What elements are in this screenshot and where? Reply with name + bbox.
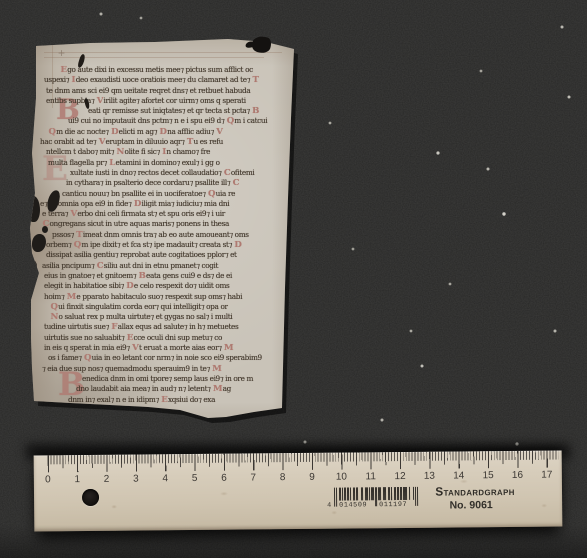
text-segment: uia in eo letant cor nrm⁊ in noie sco ei… [92, 353, 262, 362]
text-segment: cce oculi dni sup metu⁊ co [133, 333, 222, 342]
rubric-initial: Q [48, 127, 56, 137]
text-segment: e pparato habitaculo suo⁊ respexit sup o… [76, 292, 242, 301]
ruler-number-9: 9 [309, 472, 315, 483]
rubric-initial: V [132, 343, 139, 353]
rubric-initial: M [212, 364, 222, 374]
rubric-initial: D [159, 127, 167, 137]
ruler-number-12: 12 [394, 471, 405, 482]
brand-label: Standardgraph [392, 484, 559, 500]
text-segment: ui9 cui no imputauit dns pctm⁊ n e i spu… [68, 116, 226, 125]
ruler-number-13: 13 [424, 471, 435, 482]
text-line: uirtutis sue no saluabit⁊ Ecce oculi dni… [40, 333, 292, 343]
rubric-initial: N [50, 312, 59, 322]
text-segment: erbo dni celi firmata st⁊ et spu oris ei… [77, 209, 225, 218]
ruler-number-0: 0 [45, 474, 51, 485]
ruler-number-5: 5 [192, 473, 198, 484]
rubric-initial: C [96, 261, 104, 271]
text-segment: allax equs ad salute⁊ in h⁊ metuetes [118, 322, 239, 331]
rubric-initial: B [252, 106, 260, 116]
text-segment: eius in gnatoe⁊ et gnitoem⁊ [44, 271, 138, 280]
text-segment: elegit in habitatioe sibi⁊ [44, 281, 126, 290]
barcode-bar [385, 487, 386, 500]
manuscript-text: Ego aute dixi in excessu metis mee⁊ pict… [40, 65, 292, 405]
ruling-cross-mark: + [58, 48, 69, 59]
text-line: dno laudabit aia mea⁊ in aud⁊ n⁊ letent⁊… [40, 384, 292, 394]
text-line: eati qr remisse sut iniqtates⁊ et qr tec… [40, 106, 292, 116]
ruler: 01234567891011121314151617 4 014509 0111… [34, 450, 563, 531]
rubric-initial: Q [208, 189, 216, 199]
rubric-initial: Q [84, 353, 92, 363]
text-segment: xqsiui do⁊ exa [168, 395, 215, 404]
ruler-number-2: 2 [104, 474, 110, 485]
text-segment: tudine uirtutis sue⁊ [44, 322, 111, 331]
text-segment: ui finxit singulatim corda eor⁊ qui inte… [58, 302, 228, 311]
barcode-bar [350, 487, 351, 500]
text-segment: deo exaudisti uoce oratiois mee⁊ du clam… [76, 75, 252, 84]
text-segment: e terra⁊ [42, 209, 70, 218]
text-line: tudine uirtutis sue⁊ Fallax equs ad salu… [40, 322, 292, 332]
photo-scene: + BEB Ego aute dixi in excessu metis mee… [0, 0, 587, 558]
text-segment: multa flagella pr⁊ [48, 158, 109, 167]
rubric-initial: V [216, 127, 223, 137]
text-segment: orbem⁊ [46, 240, 73, 249]
text-segment: dno laudabit aia mea⁊ in aud⁊ n⁊ letent⁊ [76, 384, 212, 393]
rubric-initial: T [76, 230, 83, 240]
text-line: canticu nouu⁊ bn psallite ei in uocifera… [40, 189, 292, 199]
text-segment: te dnm ams sci ei9 qm ueitate reqret dns… [46, 86, 250, 95]
text-segment: ofitemi [231, 168, 254, 177]
rubric-initial: M [223, 343, 233, 353]
text-segment: ntellcm t dabo⁊ mit⁊ [46, 147, 116, 156]
text-line: Congregans sicut in utre aquas maris⁊ po… [40, 219, 292, 229]
rubric-initial: D [126, 281, 134, 291]
dust-specks [0, 0, 2, 2]
barcode-digit-group: 011197 [379, 500, 407, 508]
text-line: Qm die ac nocte⁊ Delicti m ag⁊ Dna affli… [40, 127, 292, 137]
text-line: hoim⁊ Me pparato habitaculo suo⁊ respexi… [40, 292, 292, 302]
ruler-number-7: 7 [250, 472, 256, 483]
barcode-bar [336, 488, 337, 507]
ruler-number-10: 10 [336, 472, 347, 483]
manuscript-fragment: + BEB Ego aute dixi in excessu metis mee… [30, 38, 298, 440]
text-segment: m ipe dixit⁊ et fca st⁊ ipe madauit⁊ cre… [81, 240, 233, 249]
text-segment: hac orabit ad te⁊ [40, 137, 98, 146]
text-segment: dnm in⁊ exal⁊ n e in idipm⁊ [68, 395, 161, 404]
ruler-number-3: 3 [133, 474, 139, 485]
barcode-bar [380, 487, 381, 500]
rubric-initial: D [234, 240, 242, 250]
text-line: entibs supbia⁊ Virilit agite⁊ afortet co… [40, 96, 292, 106]
barcode-digit-group: 4 [327, 501, 332, 509]
text-segment: canticu nouu⁊ bn psallite ei in uocifera… [62, 189, 208, 198]
text-line: xultate iusti in dno⁊ rectos decet colla… [40, 168, 292, 178]
text-segment: etamini in domino⁊ exul⁊ i gg o [115, 158, 219, 167]
model-number: No. 9061 [411, 499, 531, 512]
text-segment: irilit agite⁊ afortet cor uirm⁊ oms q sp… [104, 96, 246, 105]
text-line: ntellcm t dabo⁊ mit⁊ Nolite fi sic⁊ In c… [40, 147, 292, 157]
parchment-hole [42, 226, 48, 233]
ruler-number-8: 8 [280, 472, 286, 483]
rubric-initial: V [96, 96, 103, 106]
rubric-initial: N [116, 147, 125, 157]
ruler-number-1: 1 [74, 474, 80, 485]
text-line: dissipat asilia gentiu⁊ reprobat aute co… [40, 250, 292, 260]
ruler-number-17: 17 [541, 470, 552, 481]
text-segment: dissipat asilia gentiu⁊ reprobat aute co… [46, 250, 237, 259]
ruler-number-16: 16 [512, 470, 523, 481]
text-segment: imeat dnm omnis tra⁊ ab eo aute amoueant… [83, 230, 249, 239]
text-line: elegit in habitatioe sibi⁊ De celo respe… [40, 281, 292, 291]
text-segment: go aute dixi in excessu metis mee⁊ pictu… [67, 65, 253, 74]
text-segment: enedica dnm in omi tpore⁊ semp laus ei9⁊… [82, 374, 253, 383]
text-segment: olite fi sic⁊ [125, 147, 162, 156]
text-segment: elicti m ag⁊ [119, 127, 159, 136]
text-segment: eati qr remisse sut iniqtates⁊ et qr tec… [88, 106, 252, 115]
rubric-initial: M [212, 384, 222, 394]
text-line: te dnm ams sci ei9 qm ueitate reqret dns… [40, 86, 292, 96]
barcode-bar [367, 487, 368, 500]
rubric-initial: C [223, 168, 231, 178]
text-segment: uspexi⁊ [44, 75, 71, 84]
text-line: eius in gnatoe⁊ et gnitoem⁊ Beata gens c… [40, 271, 292, 281]
text-segment: ⁊ eia due sup nos⁊ quemadmodu sperauim9 … [42, 364, 212, 373]
text-segment: n chamo⁊ fre [166, 147, 210, 156]
text-segment: m die ac nocte⁊ [56, 127, 110, 136]
text-segment: siliu aut dni in etnu pmanet⁊ cogit [104, 261, 218, 270]
ruler-number-15: 15 [482, 470, 493, 481]
rubric-initial: F [111, 322, 118, 332]
rubric-initial: Q [50, 302, 58, 312]
barcode-bar [362, 487, 363, 500]
text-segment: os i fame⁊ [48, 353, 84, 362]
text-segment: ongregans sicut in utre aquas maris⁊ pon… [50, 219, 230, 228]
rubric-initial: M [66, 292, 76, 302]
rubric-initial: V [98, 137, 105, 147]
text-line: No saluat rex p multa uirtute⁊ et gygas … [40, 312, 292, 322]
text-segment: na afflic adiu⁊ [167, 127, 216, 136]
text-segment: eruptam in diluuio aqr⁊ [106, 137, 187, 146]
ruling-line [44, 52, 282, 53]
text-line: orbem⁊ Qm ipe dixit⁊ et fca st⁊ ipe mada… [40, 240, 292, 250]
rubric-initial: T [252, 75, 259, 85]
text-segment: eata gens cui9 e ds⁊ de ei [146, 271, 232, 280]
text-segment: in eis q sperat in mia ei9⁊ [44, 343, 132, 352]
text-segment: in cythara⁊ in psalterio dece cordaru⁊ p… [66, 178, 232, 187]
text-line: ui9 cui no imputauit dns pctm⁊ n e i spu… [40, 116, 292, 126]
text-segment: u es refu [193, 137, 222, 146]
rubric-initial: C [232, 178, 240, 188]
text-segment: o saluat rex p multa uirtute⁊ et gygas n… [59, 312, 233, 321]
text-line: e terra⁊ Verbo dni celi firmata st⁊ et s… [40, 209, 292, 219]
ruling-line [44, 57, 264, 58]
text-line: dnm in⁊ exal⁊ n e in idipm⁊ Exqsiui do⁊ … [40, 395, 292, 405]
text-line: in eis q sperat in mia ei9⁊ Vt eruat a m… [40, 343, 292, 353]
rubric-initial: D [111, 127, 119, 137]
text-segment: asilia pncipum⁊ [42, 261, 96, 270]
text-segment: pssos⁊ [52, 230, 76, 239]
text-segment: t eruat a morte aias eor⁊ [139, 343, 224, 352]
text-line: ⁊ eia due sup nos⁊ quemadmodu sperauim9 … [40, 364, 292, 374]
text-segment: m i catcui [234, 116, 267, 125]
text-segment: hoim⁊ [44, 292, 66, 301]
text-line: asilia pncipum⁊ Csiliu aut dni in etnu p… [40, 261, 292, 271]
rubric-initial: E [161, 395, 168, 405]
barcode-digit-group: 014509 [339, 501, 367, 509]
ruler-scale-cm-ticks [48, 450, 559, 472]
barcode-bar [357, 487, 358, 500]
text-segment: uirtutis sue no saluabit⁊ [44, 333, 126, 342]
text-segment: uia re [216, 189, 235, 198]
text-line: hac orabit ad te⁊ Veruptam in diluuio aq… [40, 137, 292, 147]
text-line: enedica dnm in omi tpore⁊ semp laus ei9⁊… [40, 374, 292, 384]
text-line: uspexi⁊ Ideo exaudisti uoce oratiois mee… [40, 75, 292, 85]
text-segment: iligit mia⁊ iudiciu⁊ mia dni [141, 199, 229, 208]
text-line: multa flagella pr⁊ Letamini in domino⁊ e… [40, 158, 292, 168]
barcode-bar [345, 488, 346, 501]
ruler-number-14: 14 [453, 470, 464, 481]
ruler-number-6: 6 [221, 473, 227, 484]
text-segment: xultate iusti in dno⁊ rectos decet colla… [70, 168, 223, 177]
text-line: os i fame⁊ Quia in eo letant cor nrm⁊ in… [40, 353, 292, 363]
ruler-number-11: 11 [365, 471, 375, 482]
rubric-initial: B [138, 271, 146, 281]
text-line: pssos⁊ Timeat dnm omnis tra⁊ ab eo aute … [40, 230, 292, 240]
text-line: in cythara⁊ in psalterio dece cordaru⁊ p… [40, 178, 292, 188]
text-line: e⁊ et omnia opa ei9 in fide⁊ Diligit mia… [40, 199, 292, 209]
text-line: Qui finxit singulatim corda eor⁊ qui int… [40, 302, 292, 312]
text-segment: ag [223, 384, 231, 393]
ruler-hanging-hole [82, 489, 99, 506]
text-segment: e celo respexit do⁊ uidit oms [134, 281, 230, 290]
ruler-number-4: 4 [162, 473, 168, 484]
